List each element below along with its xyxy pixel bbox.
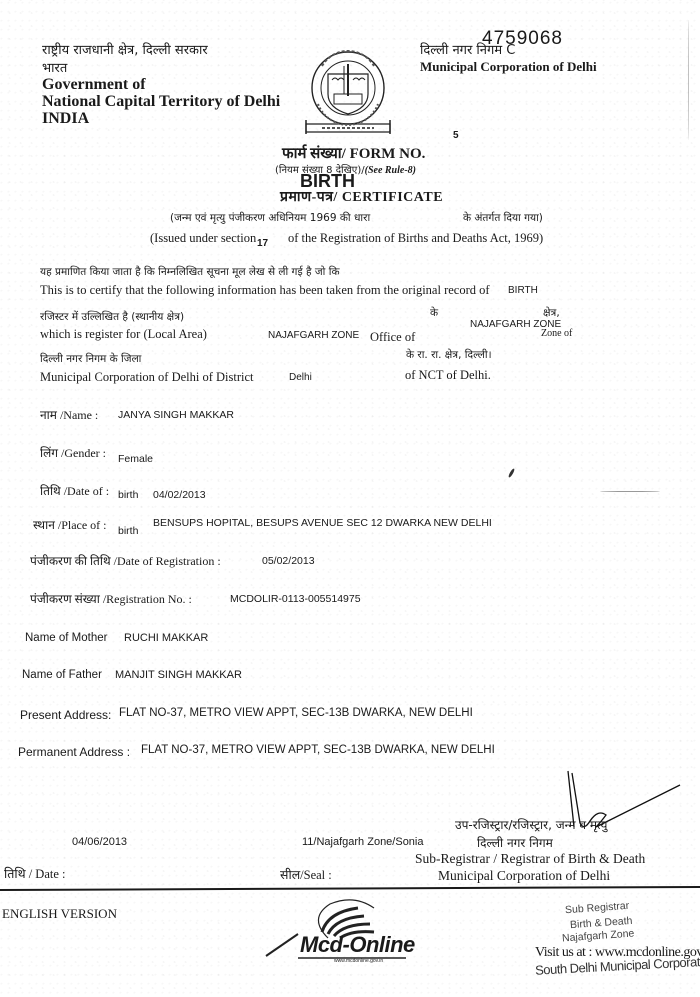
- act-section-value: 17: [257, 238, 268, 249]
- registration-number-value: MCDOLIR-0113-005514975: [230, 593, 361, 605]
- header-left-hindi-line2: भारत: [42, 58, 67, 76]
- pob-label: स्थान /Place of :: [33, 516, 107, 533]
- record-type-value: BIRTH: [508, 285, 538, 296]
- registrar-english-line1: Sub-Registrar / Registrar of Birth & Dea…: [415, 851, 645, 867]
- dob-label: तिथि /Date of :: [40, 482, 109, 499]
- english-version-label: ENGLISH VERSION: [2, 906, 117, 922]
- certificate-title: प्रमाण-पत्र/ CERTIFICATE: [280, 187, 443, 206]
- footer-divider: [0, 886, 700, 891]
- logo-url: www.mcdonline.gov.in: [334, 958, 383, 964]
- act-english-start: (Issued under section: [150, 231, 256, 246]
- stamp-line1: Sub Registrar: [565, 900, 630, 916]
- certify-hindi: यह प्रमाणित किया जाता है कि निम्नलिखित स…: [40, 265, 340, 279]
- district-english-end: of NCT of Delhi.: [405, 368, 491, 383]
- header-left-hindi-line1: राष्ट्रीय राजधानी क्षेत्र, दिल्ली सरकार: [42, 40, 208, 58]
- district-hindi-end: के रा. रा. क्षेत्र, दिल्ली।: [406, 348, 492, 362]
- date-label: तिथि / Date :: [4, 865, 66, 882]
- act-hindi-end: के अंतर्गत दिया गया): [463, 211, 543, 225]
- office-value: NAJAFGARH ZONE: [268, 330, 359, 341]
- present-address-label: Present Address:: [20, 708, 111, 722]
- pob-suffix: birth: [118, 525, 138, 537]
- register-hindi-kshetra: क्षेत्र,: [543, 306, 560, 320]
- form-number-label: फार्म संख्या/ FORM NO.: [282, 143, 425, 163]
- issue-date-value: 04/06/2013: [72, 836, 127, 848]
- serial-number: 4759068: [482, 28, 563, 50]
- registrar-hindi-line2: दिल्ली नगर निगम: [477, 834, 553, 851]
- form-number-value: 5: [453, 130, 459, 141]
- registrar-english-line2: Municipal Corporation of Delhi: [438, 868, 610, 884]
- logo-text: Mcd-Online: [300, 932, 415, 958]
- scan-speck: [600, 491, 660, 492]
- mcd-emblem-icon: [298, 46, 398, 138]
- dob-suffix: birth: [118, 489, 138, 501]
- gender-value: Female: [118, 453, 153, 465]
- father-name-value: MANJIT SINGH MAKKAR: [115, 669, 242, 681]
- seal-label: सील/Seal :: [280, 866, 332, 883]
- present-address-value: FLAT NO-37, METRO VIEW APPT, SEC-13B DWA…: [119, 707, 473, 719]
- registrar-hindi-line1: उप-रजिस्ट्रार/रजिस्ट्रार, जन्म व मृत्यु: [455, 816, 608, 833]
- header-government-of: Government of: [42, 76, 146, 94]
- header-mcd: Municipal Corporation of Delhi: [420, 59, 597, 75]
- registration-date-value: 05/02/2013: [262, 555, 315, 567]
- mother-name-value: RUCHI MAKKAR: [124, 632, 208, 644]
- office-label: Office of: [370, 330, 415, 345]
- certify-english: This is to certify that the following in…: [40, 283, 490, 298]
- registration-date-label: पंजीकरण की तिथि /Date of Registration :: [30, 552, 221, 569]
- pob-value: BENSUPS HOPITAL, BESUPS AVENUE SEC 12 DW…: [153, 517, 492, 529]
- father-name-label: Name of Father: [22, 669, 102, 681]
- register-hindi-ke: के: [430, 306, 438, 320]
- header-nct-delhi: National Capital Territory of Delhi: [42, 93, 280, 111]
- name-label: नाम /Name :: [40, 406, 98, 423]
- name-value: JANYA SINGH MAKKAR: [118, 409, 234, 421]
- zone-label: Zone of: [541, 328, 572, 339]
- zone-user-value: 11/Najafgarh Zone/Sonia: [302, 836, 424, 848]
- act-english-end: of the Registration of Births and Deaths…: [288, 231, 543, 246]
- rule-english: (See Rule-8): [365, 165, 416, 176]
- permanent-address-value: FLAT NO-37, METRO VIEW APPT, SEC-13B DWA…: [141, 744, 495, 756]
- registration-number-label: पंजीकरण संख्या /Registration No. :: [30, 590, 192, 607]
- act-hindi-start: (जन्म एवं मृत्यु पंजीकरण अधिनियम 1969 की…: [170, 211, 370, 225]
- dob-value: 04/02/2013: [153, 489, 206, 501]
- permanent-address-label: Permanent Address :: [18, 745, 130, 759]
- register-english: which is register for (Local Area): [40, 327, 207, 342]
- header-india: INDIA: [42, 110, 89, 128]
- district-hindi: दिल्ली नगर निगम के जिला: [40, 352, 141, 366]
- scan-speck: [508, 468, 516, 478]
- register-hindi: रजिस्टर में उल्लिखित है (स्थानीय क्षेत्र…: [40, 310, 184, 324]
- gender-label: लिंग /Gender :: [40, 444, 106, 461]
- district-value: Delhi: [289, 372, 312, 383]
- district-english: Municipal Corporation of Delhi of Distri…: [40, 370, 254, 385]
- mother-name-label: Name of Mother: [25, 632, 107, 644]
- scan-speck: [688, 20, 689, 140]
